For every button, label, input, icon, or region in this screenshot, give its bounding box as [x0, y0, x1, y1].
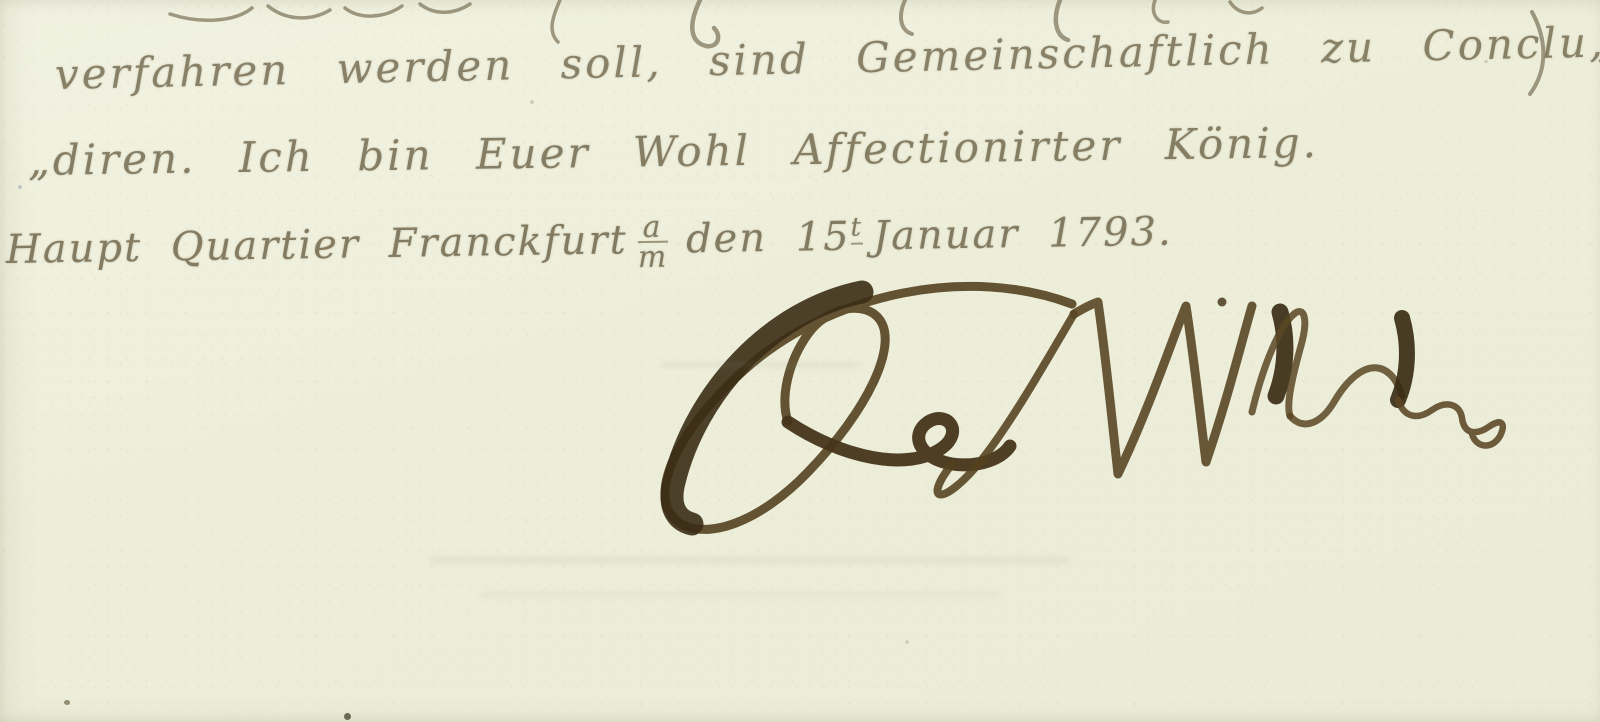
signature-i-dot: [1218, 298, 1227, 307]
paper-speck: [905, 640, 909, 644]
paper-speck: [64, 700, 70, 705]
signature-connector: [1290, 368, 1402, 424]
day-superscript: t: [850, 213, 863, 245]
signature-wilhelm: [612, 262, 1512, 542]
paper-speck: [18, 185, 22, 189]
paper-speck: [344, 713, 351, 720]
signature-flourish-oval: [665, 286, 1072, 529]
signature-h-bold: [1398, 318, 1407, 400]
paper-speck: [530, 100, 534, 104]
dateline-month-year: Januar 1793.: [873, 209, 1173, 260]
dateline-day: den 15: [686, 214, 851, 263]
dateline-place: Haupt Quartier Franckfurt: [6, 217, 628, 273]
signature-flourish-thick-arc: [672, 292, 862, 524]
paper-speck: [1484, 60, 1488, 63]
manuscript-page: verfahren werden soll, sind Gemeinschaft…: [0, 0, 1600, 722]
signature-w-zigzag: [1074, 302, 1252, 474]
show-through-streak: [480, 592, 1000, 598]
show-through-streak: [660, 362, 860, 368]
show-through-streak: [430, 556, 1070, 564]
letter-line-2: „diren. Ich bin Euer Wohl Affectionirter…: [28, 118, 1320, 185]
signature-tail: [1398, 400, 1503, 446]
